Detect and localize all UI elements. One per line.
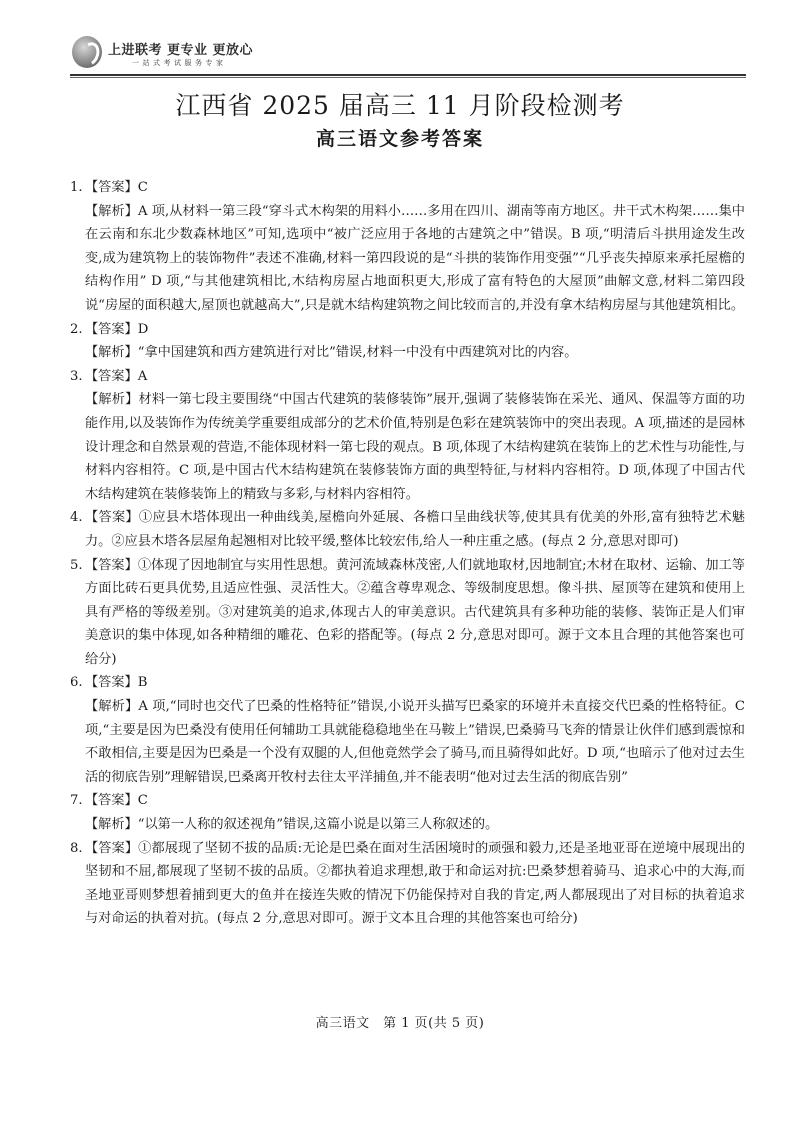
logo-slogan: 上进联考 更专业 更放心 — [108, 39, 253, 58]
question-number: 1. — [70, 176, 83, 200]
logo-tagline: 一站式考试服务专家 — [132, 58, 227, 68]
question-5: 5.【答案】①体现了因地制宜与实用性思想。黄河流域森林茂密,人们就地取材,因地制… — [70, 554, 745, 672]
page-footer: 高三语文 第 1 页(共 5 页) — [0, 1012, 800, 1031]
analysis-text: 【解析】材料一第七段主要围绕“中国古代建筑的装修装饰”展开,强调了装修装饰在采光… — [70, 388, 745, 506]
question-4: 4.【答案】①应县木塔体现出一种曲线美,屋檐向外延展、各檐口呈曲线状等,使其具有… — [70, 506, 745, 553]
answer-list: 1.【答案】C 【解析】A 项,从材料一第三段“穿斗式木构架的用料小……多用在四… — [70, 176, 745, 931]
answer-text: 【答案】①都展现了坚韧不拔的品质:无论是巴桑在面对生活困境时的顽强和毅力,还是圣… — [85, 841, 745, 927]
answer-text: 【答案】D — [85, 322, 148, 337]
analysis-text: 【解析】A 项,“同时也交代了巴桑的性格特征”错误,小说开头描写巴桑家的环境并未… — [70, 695, 745, 789]
analysis-text: 【解析】A 项,从材料一第三段“穿斗式木构架的用料小……多用在四川、湖南等南方地… — [70, 200, 745, 318]
question-8: 8.【答案】①都展现了坚韧不拔的品质:无论是巴桑在面对生活困境时的顽强和毅力,还… — [70, 837, 745, 931]
document-title: 江西省 2025 届高三 11 月阶段检测考 — [0, 86, 800, 122]
answer-text: 【答案】C — [85, 180, 148, 195]
question-1: 1.【答案】C 【解析】A 项,从材料一第三段“穿斗式木构架的用料小……多用在四… — [70, 176, 745, 318]
question-2: 2.【答案】D 【解析】“拿中国建筑和西方建筑进行对比”错误,材料一中没有中西建… — [70, 318, 745, 365]
question-number: 3. — [70, 365, 83, 389]
question-number: 8. — [70, 837, 83, 861]
answer-text: 【答案】C — [85, 793, 148, 808]
question-number: 7. — [70, 789, 83, 813]
answer-text: 【答案】B — [85, 675, 147, 690]
question-7: 7.【答案】C 【解析】“以第一人称的叙述视角”错误,这篇小说是以第三人称叙述的… — [70, 789, 745, 836]
question-6: 6.【答案】B 【解析】A 项,“同时也交代了巴桑的性格特征”错误,小说开头描写… — [70, 671, 745, 789]
analysis-text: 【解析】“以第一人称的叙述视角”错误,这篇小说是以第三人称叙述的。 — [70, 813, 745, 837]
question-number: 6. — [70, 671, 83, 695]
question-number: 4. — [70, 506, 83, 530]
answer-text: 【答案】①应县木塔体现出一种曲线美,屋檐向外延展、各檐口呈曲线状等,使其具有优美… — [85, 510, 745, 549]
question-number: 5. — [70, 554, 83, 578]
analysis-text: 【解析】“拿中国建筑和西方建筑进行对比”错误,材料一中没有中西建筑对比的内容。 — [70, 341, 745, 365]
question-3: 3.【答案】A 【解析】材料一第七段主要围绕“中国古代建筑的装修装饰”展开,强调… — [70, 365, 745, 507]
publisher-logo: 上进联考 更专业 更放心 一站式考试服务专家 — [70, 34, 370, 72]
document-subtitle: 高三语文参考答案 — [0, 124, 800, 151]
header-divider — [70, 74, 746, 78]
logo-emblem-icon — [72, 36, 102, 68]
question-number: 2. — [70, 318, 83, 342]
answer-text: 【答案】A — [85, 369, 147, 384]
answer-text: 【答案】①体现了因地制宜与实用性思想。黄河流域森林茂密,人们就地取材,因地制宜;… — [85, 558, 745, 667]
